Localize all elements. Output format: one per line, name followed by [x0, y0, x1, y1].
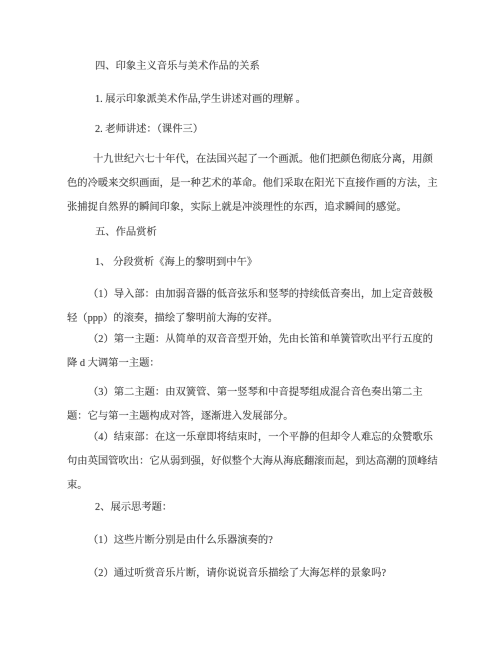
paragraph-second-theme: （3）第二主题：由双簧管、第一竖琴和中音提琴组成混合音色奏出第二主 题：它与第一… [67, 381, 441, 429]
heading-section-five: 五、作品赏析 [67, 221, 441, 245]
item-thinking-questions: 2、展示思考题： [67, 496, 441, 520]
document-page: 四、印象主义音乐与美术作品的关系 1. 展示印象派美术作品,学生讲述对画的理解 … [0, 0, 500, 647]
paragraph-intro-part: （1）导入部：由加弱音器的低音弦乐和竖琴的持续低音奏出，加上定音鼓极 轻（ppp… [67, 283, 441, 331]
item-show-artworks: 1. 展示印象派美术作品,学生讲述对画的理解 。 [67, 88, 441, 112]
heading-section-four: 四、印象主义音乐与美术作品的关系 [67, 55, 441, 79]
paragraph-ending-part: （4）结束部：在这一乐章即将结束时，一个平静的但却令人难忘的众赞歌乐 句由英国管… [67, 426, 441, 498]
question-instruments: （1）这些片断分别是由什么乐器演奏的? [67, 529, 441, 553]
paragraph-impressionism-intro: 十九世纪六七十年代，在法国兴起了一个画派。他们把颜色彻底分离，用颜 色的冷暖来交… [67, 148, 441, 220]
item-segment-appreciation: 1、 分段赏析《海上的黎明到中午》 [67, 251, 441, 275]
paragraph-first-theme: （2）第一主题：从简单的双音音型开始，先由长笛和单簧管吹出平行五度的 降 d 大… [67, 328, 441, 376]
question-sea-imagery: （2）通过听赏音乐片断，请你说说音乐描绘了大海怎样的景象吗? [67, 562, 441, 586]
item-teacher-narration: 2. 老师讲述：（课件三） [67, 118, 441, 142]
